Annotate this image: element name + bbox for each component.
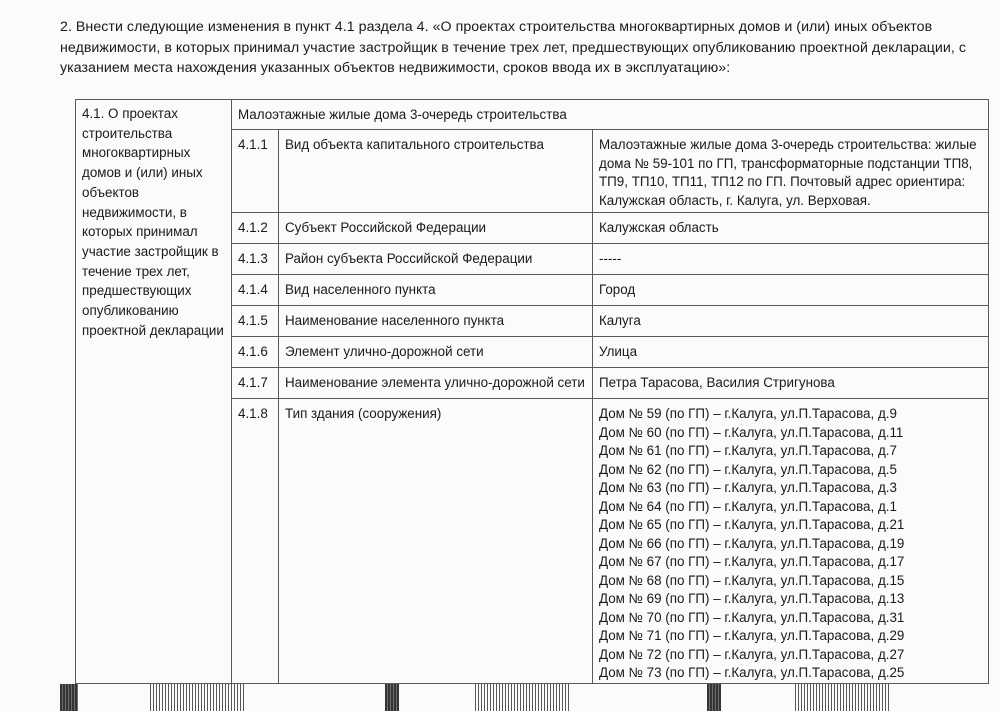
- row-label: Тип здания (сооружения): [279, 399, 593, 684]
- intro-line-2: недвижимости, в которых принимал участие…: [60, 38, 966, 59]
- building-address: Дом № 65 (по ГП) – г.Калуга, ул.П.Тарасо…: [599, 516, 982, 535]
- row-number: 4.1.4: [232, 275, 279, 306]
- row-value: Малоэтажные жилые дома 3-очередь строите…: [593, 130, 989, 213]
- scan-artifact: [475, 684, 570, 711]
- building-address: Дом № 70 (по ГП) – г.Калуга, ул.П.Тарасо…: [599, 609, 982, 628]
- building-address: Дом № 60 (по ГП) – г.Калуга, ул.П.Тарасо…: [599, 424, 982, 443]
- building-address: Дом № 68 (по ГП) – г.Калуга, ул.П.Тарасо…: [599, 572, 982, 591]
- row-number: 4.1.1: [232, 130, 279, 213]
- building-address: Дом № 71 (по ГП) – г.Калуга, ул.П.Тарасо…: [599, 627, 982, 646]
- row-value: Калуга: [593, 306, 989, 337]
- scan-artifact-strip: [0, 684, 1000, 711]
- scan-artifact: [60, 684, 78, 711]
- building-address: Дом № 69 (по ГП) – г.Калуга, ул.П.Тарасо…: [599, 590, 982, 609]
- building-address: Дом № 73 (по ГП) – г.Калуга, ул.П.Тарасо…: [599, 664, 982, 683]
- row-value: Город: [593, 275, 989, 306]
- row-value: Улица: [593, 337, 989, 368]
- row-number: 4.1.3: [232, 244, 279, 275]
- intro-line-1: 2. Внести следующие изменения в пункт 4.…: [60, 17, 966, 38]
- declaration-table: 4.1. О проектах строительства многокварт…: [75, 99, 989, 684]
- row-label: Вид населенного пункта: [279, 275, 593, 306]
- building-address: Дом № 66 (по ГП) – г.Калуга, ул.П.Тарасо…: [599, 535, 982, 554]
- row-value: Петра Тарасова, Василия Стригунова: [593, 368, 989, 399]
- building-address: Дом № 72 (по ГП) – г.Калуга, ул.П.Тарасо…: [599, 646, 982, 665]
- row-value: -----: [593, 244, 989, 275]
- row-label: Наименование элемента улично-дорожной се…: [279, 368, 593, 399]
- scan-artifact: [385, 684, 399, 711]
- table-header-row: 4.1. О проектах строительства многокварт…: [76, 100, 989, 130]
- scan-artifact: [795, 684, 890, 711]
- section-title: Малоэтажные жилые дома 3-очередь строите…: [232, 100, 989, 130]
- section-description-cell: 4.1. О проектах строительства многокварт…: [76, 100, 232, 684]
- scan-artifact: [707, 684, 721, 711]
- row-label: Наименование населенного пункта: [279, 306, 593, 337]
- intro-line-3: указанием места нахождения указанных объ…: [60, 58, 966, 79]
- row-label: Вид объекта капитального строительства: [279, 130, 593, 213]
- row-number: 4.1.2: [232, 213, 279, 244]
- building-address-list: Дом № 59 (по ГП) – г.Калуга, ул.П.Тарасо…: [593, 399, 989, 684]
- row-value: Калужская область: [593, 213, 989, 244]
- row-number: 4.1.7: [232, 368, 279, 399]
- intro-paragraph: 2. Внести следующие изменения в пункт 4.…: [60, 17, 966, 79]
- row-label: Элемент улично-дорожной сети: [279, 337, 593, 368]
- building-address: Дом № 64 (по ГП) – г.Калуга, ул.П.Тарасо…: [599, 498, 982, 517]
- row-number: 4.1.8: [232, 399, 279, 684]
- row-number: 4.1.5: [232, 306, 279, 337]
- row-label: Район субъекта Российской Федерации: [279, 244, 593, 275]
- building-address: Дом № 61 (по ГП) – г.Калуга, ул.П.Тарасо…: [599, 442, 982, 461]
- row-number: 4.1.6: [232, 337, 279, 368]
- row-label: Субъект Российской Федерации: [279, 213, 593, 244]
- building-address: Дом № 59 (по ГП) – г.Калуга, ул.П.Тарасо…: [599, 405, 982, 424]
- building-address: Дом № 63 (по ГП) – г.Калуга, ул.П.Тарасо…: [599, 479, 982, 498]
- scan-artifact: [150, 684, 245, 711]
- building-address: Дом № 67 (по ГП) – г.Калуга, ул.П.Тарасо…: [599, 553, 982, 572]
- building-address: Дом № 62 (по ГП) – г.Калуга, ул.П.Тарасо…: [599, 461, 982, 480]
